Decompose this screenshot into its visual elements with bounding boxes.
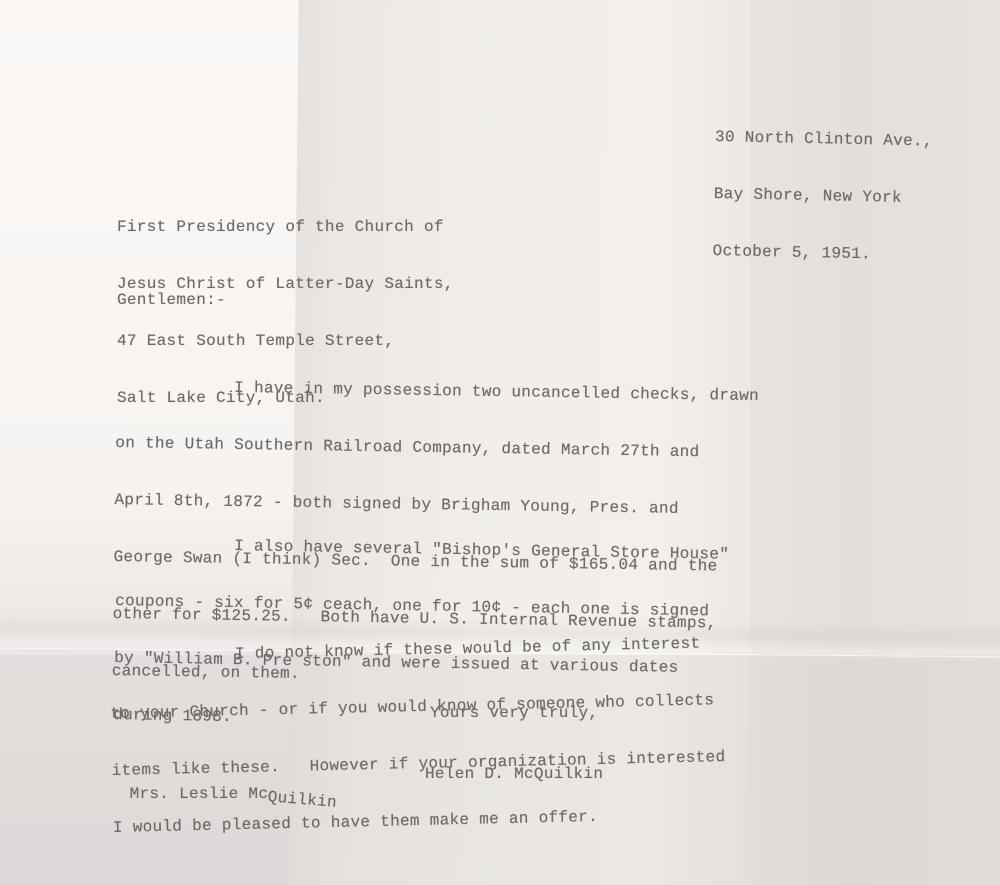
signature-part: Mrs. Leslie Mc (130, 785, 269, 803)
signature-helen-mcquilkin: Helen D. McQuilkin (425, 765, 603, 784)
signature-part: Quilkin (267, 788, 338, 813)
paragraph-line: I have in my possession two uncancelled … (234, 379, 759, 405)
signature-mrs-leslie-mcquilkin: Mrs. Leslie McQuilkin (90, 766, 338, 823)
paragraph-line: I also have several "Bishop's General St… (234, 537, 729, 564)
recipient-line: First Presidency of the Church of (117, 218, 454, 237)
paragraph-line: to your Church - or if you would know of… (110, 691, 724, 724)
salutation: Gentlemen:- (117, 291, 226, 310)
return-address: 30 North Clinton Ave., Bay Shore, New Yo… (712, 90, 934, 304)
paragraph-line: on the Utah Southern Railroad Company, d… (115, 434, 758, 463)
return-address-street: 30 North Clinton Ave., (715, 128, 933, 152)
return-address-city: Bay Shore, New York (714, 185, 932, 209)
letter-date: October 5, 1951. (712, 242, 930, 266)
complimentary-close: Yours very truly, (430, 704, 598, 723)
body-paragraph-offer: I do not know if these would be of any i… (108, 596, 728, 876)
folded-letter-paper: 30 North Clinton Ave., Bay Shore, New Yo… (0, 0, 1000, 885)
paragraph-line: I do not know if these would be of any i… (235, 635, 701, 664)
